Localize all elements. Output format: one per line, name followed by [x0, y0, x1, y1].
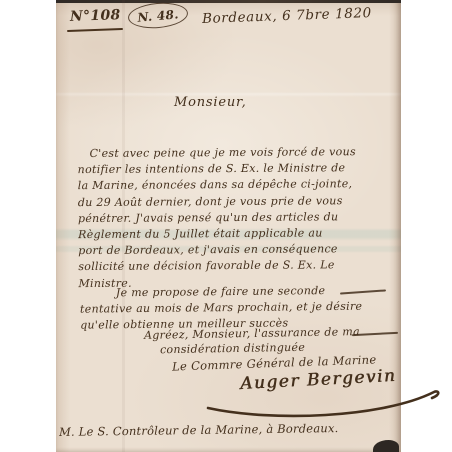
signature-flourish [202, 386, 452, 418]
registry-number-oval: N. 48. [127, 0, 189, 30]
body-paragraph-1: C'est avec peine que je me vois forcé de… [77, 144, 394, 292]
body-line: C'est avec peine que je me vois forcé de… [77, 144, 393, 162]
addressee-line: M. Le S. Contrôleur de la Marine, à Bord… [59, 421, 339, 439]
closing-line: Agréez, Monsieur, l'assurance de ma [144, 325, 360, 342]
letter-number-underline [67, 28, 123, 32]
scan-corner-artifact [373, 440, 399, 452]
body-line: la Marine, énoncées dans sa dépêche ci-j… [78, 176, 394, 194]
letter-number: N°108 [70, 7, 121, 25]
letter-scan: N°108 N. 48. Bordeaux, 6 7bre 1820 Monsi… [0, 0, 452, 452]
body-line: tentative au mois de Mars prochain, et j… [80, 298, 392, 317]
paper-top-edge-shadow [56, 0, 401, 3]
closing-line: considération distinguée [160, 341, 305, 357]
letter-paper: N°108 N. 48. Bordeaux, 6 7bre 1820 Monsi… [56, 0, 401, 452]
dateline: Bordeaux, 6 7bre 1820 [202, 5, 372, 27]
salutation: Monsieur, [174, 95, 247, 110]
